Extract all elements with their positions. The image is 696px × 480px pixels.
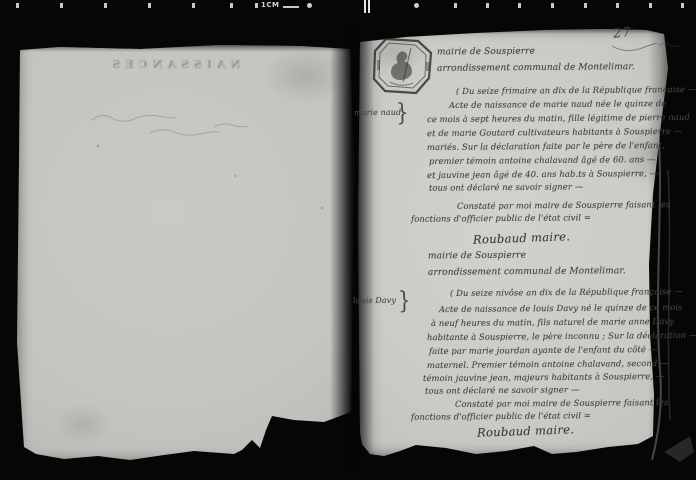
act1-body-line: Acte de naissance de marie naud née le q… [449,98,666,110]
ruler-tick [255,3,258,8]
ruler-tick [230,3,233,8]
act1-header-mairie: mairie de Souspierre [437,47,535,58]
act2-body-line: habitante à Souspierre, le père inconnu … [427,330,696,342]
ruler-tick [649,3,652,8]
act2-body-line: tous ont déclaré ne savoir signer — [425,384,579,395]
act2-margin-note: louis Davy [353,296,396,305]
act2-body-line: Acte de naissance de louis Davy né le qu… [439,302,683,314]
ruler-tick [584,3,587,8]
act1-margin-brace: } [396,97,410,126]
act1-body-line: premier témoin antoine chalavand âgé de … [429,154,656,166]
ruler-tick [454,3,457,8]
ruler-scale-label: 1CM [261,1,279,9]
book-gutter-shadow [330,28,374,468]
act1-body-line: tous ont déclaré ne savoir signer — [429,181,583,192]
ruler-dash-icon [283,6,299,8]
act1-body-line: et jauvine jean âgé de 40. ans hab.ts à … [427,168,658,180]
ruler-tick [192,3,195,8]
scanned-register-photo: 1CM NAISSANCES [0,0,696,480]
act2-body-line: maternel. Premier témoin antoine chalava… [427,358,669,370]
act2-header-mairie: mairie de Souspierre [428,251,526,262]
ruler-dot-icon [414,3,419,8]
act1-closing-line: Constaté par moi maire de Souspierre fai… [457,199,670,211]
ruler-tick [518,3,521,8]
ruler-center-mark-icon [364,0,366,13]
page-number: 27 [612,25,632,42]
act2-body-line: à neuf heures du matin, fils naturel de … [431,316,674,328]
act1-body-line: mariés. Sur la déclaration faite par le … [427,140,665,152]
bleedthrough-naissances-title: NAISSANCES [104,58,244,71]
act1-body-line: ( Du seize frimaire an dix de la Républi… [456,84,696,96]
ruler-tick [104,3,107,8]
act2-body-line: témoin jauvine jean, majeurs habitants à… [423,371,664,383]
page-corner [664,436,694,462]
act2-closing-line: Constaté par moi maire de Souspierre fai… [455,397,668,409]
act2-margin-brace: } [398,285,412,314]
ruler-dot-icon [307,3,312,8]
ruler-tick [16,3,19,8]
act1-header-arrondissement: arrondissement communal de Montelimar. [437,62,635,74]
ruler-tick [486,3,489,8]
act1-margin-note: marie naud [354,108,401,117]
left-page [14,42,356,466]
scale-ruler: 1CM [0,0,696,14]
ruler-tick [148,3,151,8]
act2-closing-line: fonctions d'officier public de l'état ci… [411,410,591,422]
ruler-tick [551,3,554,8]
ruler-center-mark-icon [368,0,370,13]
act2-header-arrondissement: arrondissement communal de Montelimar. [428,266,626,278]
ruler-tick [616,3,619,8]
act1-closing-line: fonctions d'officier public de l'état ci… [411,212,591,224]
ruler-tick [60,3,63,8]
ruler-tick [681,3,684,8]
act2-body-line: faite par marie jourdan ayante de l'enfa… [429,344,657,356]
act2-body-line: ( Du seize nivôse an dix de la Républiqu… [450,286,683,298]
